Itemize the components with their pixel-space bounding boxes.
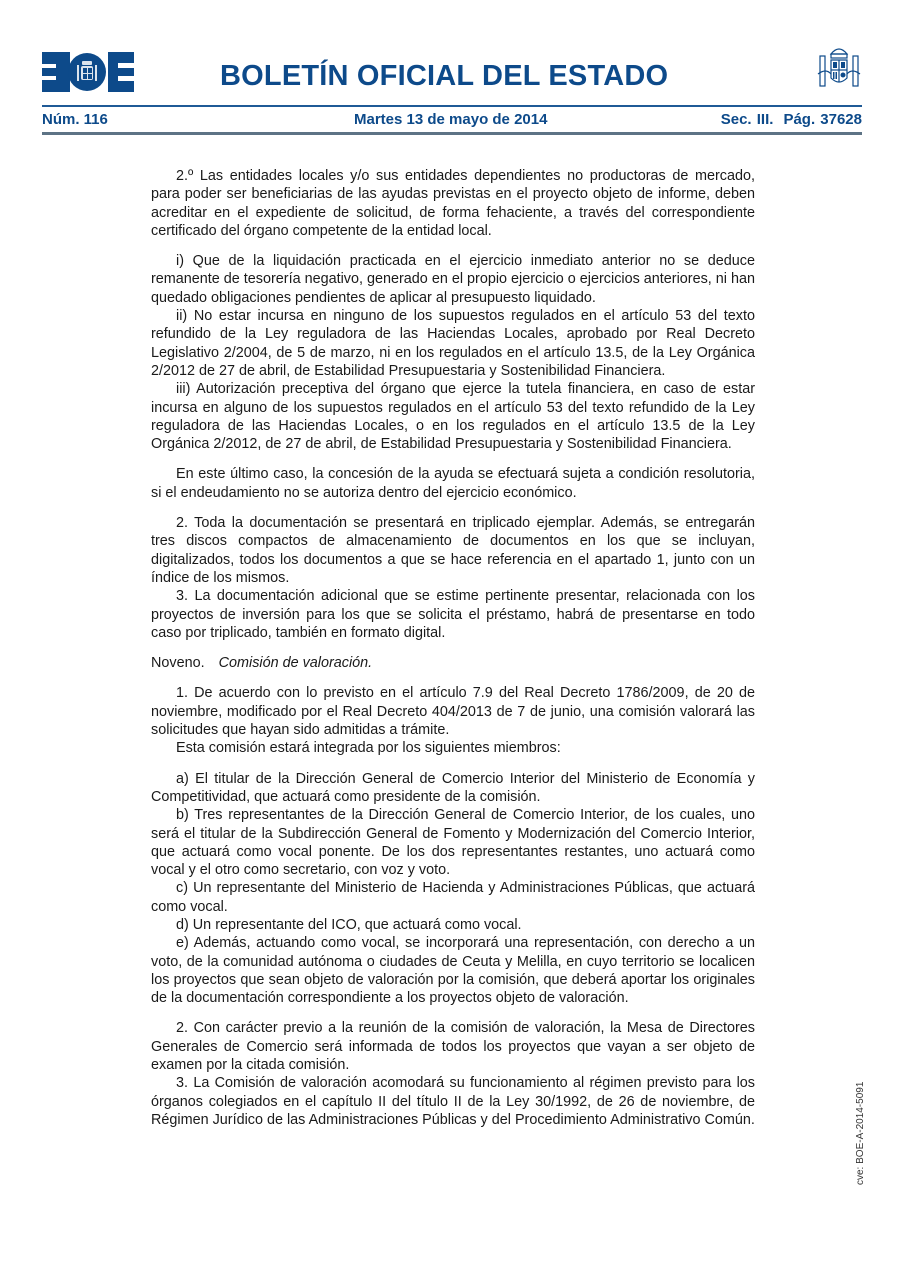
paragraph: c) Un representante del Ministerio de Ha… [151, 879, 755, 916]
paragraph: Esta comisión estará integrada por los s… [151, 739, 755, 757]
paragraph: 3. La Comisión de valoración acomodará s… [151, 1074, 755, 1129]
paragraph: iii) Autorización preceptiva del órgano … [151, 380, 755, 453]
section-heading: Noveno.Comisión de valoración. [151, 654, 755, 672]
paragraph: 2. Toda la documentación se presentará e… [151, 514, 755, 587]
paragraph: 2. Con carácter previo a la reunión de l… [151, 1019, 755, 1074]
boe-logo-icon [42, 52, 134, 92]
page-title: BOLETÍN OFICIAL DEL ESTADO [220, 60, 668, 93]
section-page: Sec. III.Pág. 37628 [721, 111, 862, 128]
paragraph: ii) No estar incursa en ninguno de los s… [151, 307, 755, 380]
paragraph: i) Que de la liquidación practicada en e… [151, 252, 755, 307]
paragraph: b) Tres representantes de la Dirección G… [151, 806, 755, 879]
paragraph: d) Un representante del ICO, que actuará… [151, 916, 755, 934]
page-header: BOLETÍN OFICIAL DEL ESTADO Núm. 116 Mart… [42, 44, 862, 138]
section-label: Sec. III. [721, 111, 774, 128]
coat-of-arms-icon [816, 44, 862, 94]
document-body: 2.º Las entidades locales y/o sus entida… [151, 167, 755, 1129]
header-bottom-rule [42, 132, 862, 135]
paragraph: 3. La documentación adicional que se est… [151, 587, 755, 642]
issue-date: Martes 13 de mayo de 2014 [354, 111, 547, 128]
paragraph: 2.º Las entidades locales y/o sus entida… [151, 167, 755, 240]
section-heading-label: Noveno. [151, 655, 205, 671]
cve-identifier: cve: BOE-A-2014-5091 [855, 1082, 866, 1185]
section-heading-title: Comisión de valoración. [219, 655, 373, 671]
header-top-rule [42, 105, 862, 107]
paragraph: a) El titular de la Dirección General de… [151, 770, 755, 807]
paragraph: En este último caso, la concesión de la … [151, 465, 755, 502]
paragraph: 1. De acuerdo con lo previsto en el artí… [151, 684, 755, 739]
paragraph: e) Además, actuando como vocal, se incor… [151, 934, 755, 1007]
issue-number: Núm. 116 [42, 111, 108, 128]
page-number: Pág. 37628 [783, 111, 862, 128]
